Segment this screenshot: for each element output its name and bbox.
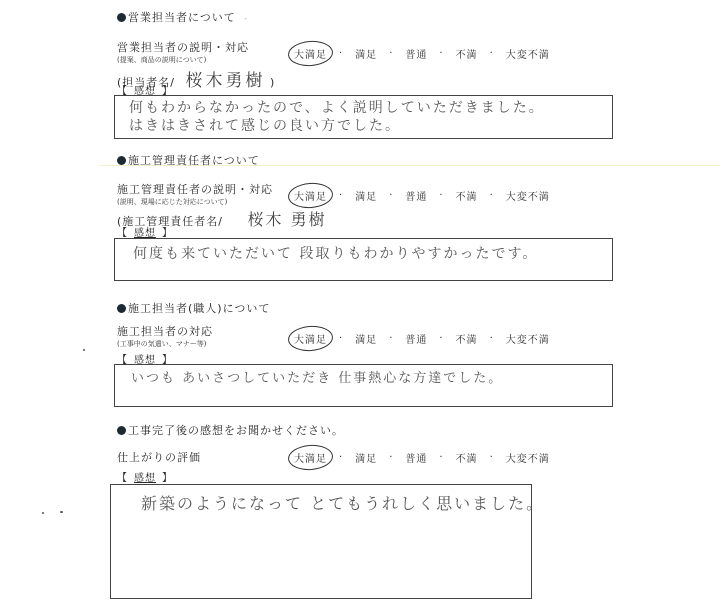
rating-option-very-dissatisfied[interactable]: 大変不満 bbox=[504, 449, 552, 466]
scan-speck bbox=[83, 349, 85, 351]
section-title-construction-manager: 施工管理責任者について bbox=[117, 152, 260, 168]
scan-speck bbox=[42, 512, 44, 514]
rating-option-normal[interactable]: 普通 bbox=[403, 187, 429, 204]
rating-option-very-dissatisfied[interactable]: 大変不満 bbox=[504, 330, 552, 347]
rating-option-very-satisfied[interactable]: 大満足 bbox=[292, 45, 329, 62]
rating-option-dissatisfied[interactable]: 不満 bbox=[454, 330, 480, 347]
rating-row-sales: 大満足· 満足· 普通· 不満· 大変不満 bbox=[292, 45, 552, 62]
rating-option-normal[interactable]: 普通 bbox=[403, 45, 429, 62]
question-sub-label: (工事中の気遣い、マナー等) bbox=[117, 339, 206, 349]
comment-line: いつも あいさつしていただき 仕事熱心な方達でした。 bbox=[115, 365, 612, 388]
manager-name-value[interactable]: 桜木 勇樹 bbox=[248, 210, 327, 229]
rating-option-dissatisfied[interactable]: 不満 bbox=[454, 45, 480, 62]
comment-line: 新築のようになって とてもうれしく思いました。 bbox=[111, 485, 531, 513]
comment-label: 【感想】 bbox=[117, 469, 173, 484]
comment-box-construction-manager[interactable]: 何度も来ていただいて 段取りもわかりやすかったです。 bbox=[114, 238, 613, 281]
rating-option-dissatisfied[interactable]: 不満 bbox=[454, 187, 480, 204]
question-sub-label: (提案、商品の説明について) bbox=[117, 55, 206, 65]
bullet-icon bbox=[117, 156, 126, 165]
rating-option-normal[interactable]: 普通 bbox=[403, 330, 429, 347]
comment-box-sales[interactable]: 何もわからなかったので、よく説明していただきました。 はきはきされて感じの良い方… bbox=[114, 95, 613, 139]
comment-line: 何度も来ていただいて 段取りもわかりやすかったです。 bbox=[115, 239, 612, 263]
rating-option-satisfied[interactable]: 満足 bbox=[353, 449, 379, 466]
rating-option-very-dissatisfied[interactable]: 大変不満 bbox=[504, 187, 552, 204]
scan-speck bbox=[60, 511, 63, 513]
comment-label: 【感想】 bbox=[117, 224, 173, 239]
rating-option-very-satisfied[interactable]: 大満足 bbox=[292, 330, 329, 347]
section-title-craftsman: 施工担当者(職人)について bbox=[117, 300, 270, 316]
staff-name-close: ) bbox=[270, 76, 275, 89]
section-title-sales: 営業担当者について - bbox=[117, 9, 248, 25]
rating-row-craftsman: 大満足· 満足· 普通· 不満· 大変不満 bbox=[292, 330, 552, 347]
rating-row-construction-manager: 大満足· 満足· 普通· 不満· 大変不満 bbox=[292, 187, 552, 204]
comment-line: 何もわからなかったので、よく説明していただきました。 bbox=[115, 96, 612, 117]
question-sub-label: (説明、現場に応じた対応について) bbox=[117, 197, 227, 207]
question-label: 仕上がりの評価 bbox=[117, 449, 201, 465]
comment-line: はきはきされて感じの良い方でした。 bbox=[115, 117, 612, 135]
section-title-after-completion: 工事完了後の感想をお聞かせください。 bbox=[117, 422, 344, 438]
bullet-icon bbox=[117, 426, 126, 435]
rating-option-very-satisfied[interactable]: 大満足 bbox=[292, 449, 329, 466]
rating-option-very-satisfied[interactable]: 大満足 bbox=[292, 187, 329, 204]
rating-option-very-dissatisfied[interactable]: 大変不満 bbox=[504, 45, 552, 62]
rating-option-satisfied[interactable]: 満足 bbox=[353, 187, 379, 204]
question-label: 施工管理責任者の説明・対応 bbox=[117, 181, 273, 197]
rating-option-normal[interactable]: 普通 bbox=[403, 449, 429, 466]
rating-row-finish: 大満足· 満足· 普通· 不満· 大変不満 bbox=[292, 449, 552, 466]
stray-mark: - bbox=[244, 14, 248, 23]
rating-option-satisfied[interactable]: 満足 bbox=[353, 45, 379, 62]
rating-option-dissatisfied[interactable]: 不満 bbox=[454, 449, 480, 466]
rating-option-satisfied[interactable]: 満足 bbox=[353, 330, 379, 347]
question-label: 施工担当者の対応 bbox=[117, 323, 213, 339]
bullet-icon bbox=[117, 13, 126, 22]
staff-name-value[interactable]: 桜木勇樹 bbox=[186, 71, 266, 91]
comment-box-craftsman[interactable]: いつも あいさつしていただき 仕事熱心な方達でした。 bbox=[114, 364, 613, 407]
bullet-icon bbox=[117, 304, 126, 313]
question-label: 営業担当者の説明・対応 bbox=[117, 39, 249, 55]
comment-box-finish[interactable]: 新築のようになって とてもうれしく思いました。 bbox=[110, 484, 532, 599]
